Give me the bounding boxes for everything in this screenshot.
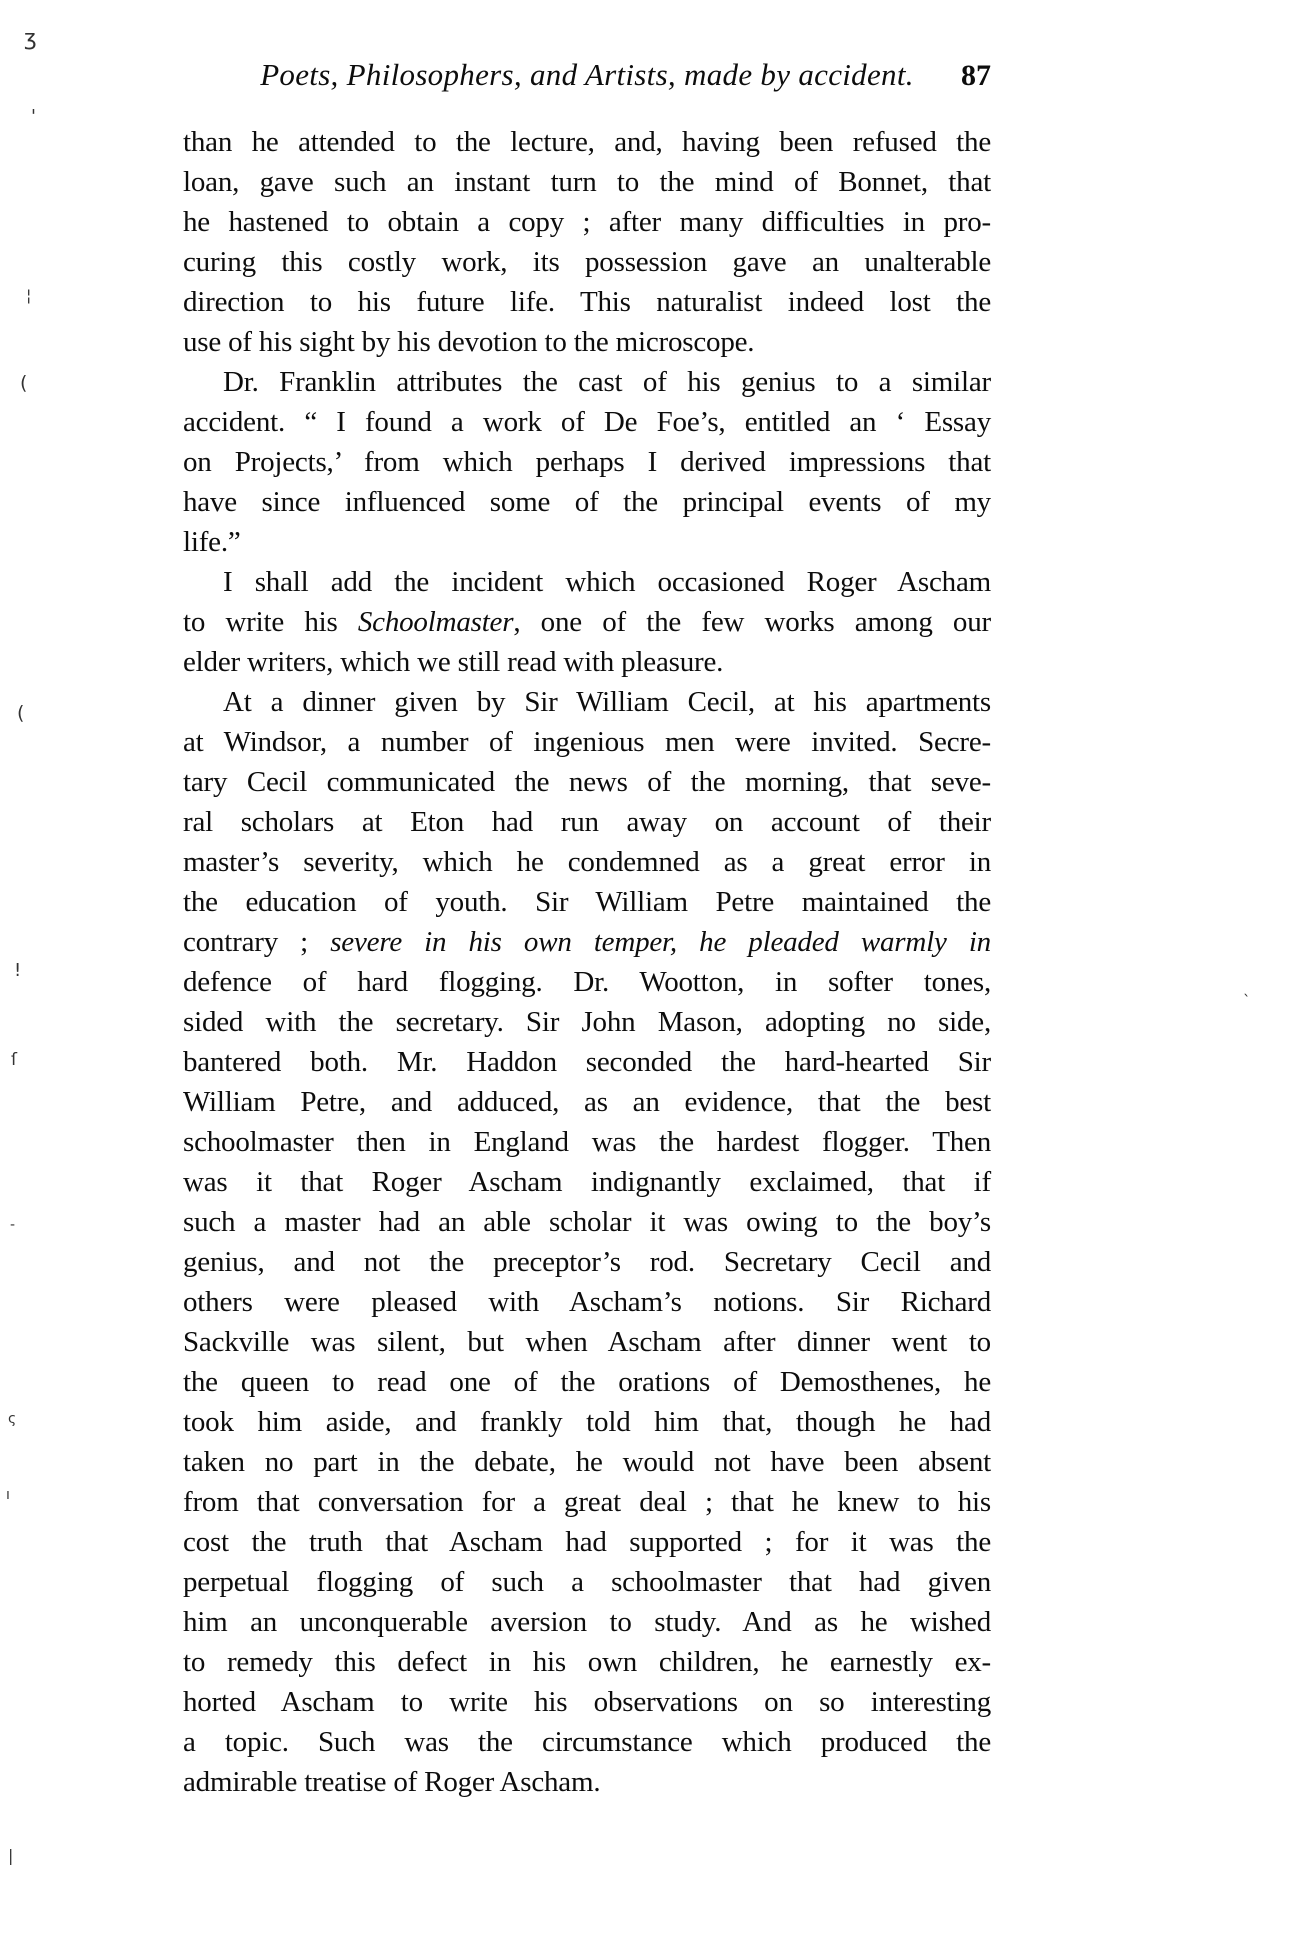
text-line: ral scholars at Eton had run away on acc…	[183, 802, 991, 842]
ink-mark: ¦	[26, 288, 31, 304]
text-line: Sackville was silent, but when Ascham af…	[183, 1322, 991, 1362]
ink-mark: ı	[6, 1488, 10, 1502]
text-line: William Petre, and adduced, as an eviden…	[183, 1082, 991, 1122]
text-run: contrary ;	[183, 926, 330, 958]
text-line: at Windsor, a number of ingenious men we…	[183, 722, 991, 762]
ink-mark: ſ	[11, 1052, 17, 1069]
text-line: direction to his future life. This natur…	[183, 282, 991, 322]
text-line: horted Ascham to write his observations …	[183, 1682, 991, 1722]
text-line: a topic. Such was the circumstance which…	[183, 1722, 991, 1762]
paragraph: At a dinner given by Sir William Cecil, …	[183, 682, 991, 1802]
ink-mark: -	[10, 1218, 15, 1232]
text-line: Dr. Franklin attributes the cast of his …	[183, 362, 991, 402]
ink-mark: (	[17, 704, 24, 723]
text-line: schoolmaster then in England was the har…	[183, 1122, 991, 1162]
text-line: contrary ; severe in his own temper, he …	[183, 922, 991, 962]
text-line: sided with the secretary. Sir John Mason…	[183, 1002, 991, 1042]
ink-mark: ς	[8, 1412, 16, 1426]
text-line: the education of youth. Sir William Petr…	[183, 882, 991, 922]
text-line: the queen to read one of the orations of…	[183, 1362, 991, 1402]
text-run: to write his	[183, 606, 358, 638]
text-line: him an unconquerable aversion to study. …	[183, 1602, 991, 1642]
text-line: loan, gave such an instant turn to the m…	[183, 162, 991, 202]
text-line: on Projects,’ from which perhaps I deriv…	[183, 442, 991, 482]
text-line: was it that Roger Ascham indignantly exc…	[183, 1162, 991, 1202]
text-line: from that conversation for a great deal …	[183, 1482, 991, 1522]
italic-run: Schoolmaster	[358, 606, 513, 638]
text-line: others were pleased with Ascham’s notion…	[183, 1282, 991, 1322]
text-line: At a dinner given by Sir William Cecil, …	[183, 682, 991, 722]
text-line: perpetual flogging of such a schoolmaste…	[183, 1562, 991, 1602]
text-line: bantered both. Mr. Haddon seconded the h…	[183, 1042, 991, 1082]
text-line: I shall add the incident which occasione…	[183, 562, 991, 602]
italic-run: severe in his own temper, he pleaded war…	[330, 926, 991, 958]
book-page-scan: Poets, Philosophers, and Artists, made b…	[0, 0, 1303, 1941]
text-line: defence of hard flogging. Dr. Wootton, i…	[183, 962, 991, 1002]
ink-mark: |	[8, 1848, 13, 1864]
text-line: accident. “ I found a work of De Foe’s, …	[183, 402, 991, 442]
page-header: Poets, Philosophers, and Artists, made b…	[183, 55, 991, 97]
ink-mark: (	[20, 374, 27, 393]
text-line: curing this costly work, its possession …	[183, 242, 991, 282]
text-line: cost the truth that Ascham had supported…	[183, 1522, 991, 1562]
text-line: to write his Schoolmaster, one of the fe…	[183, 602, 991, 642]
ink-mark: !	[14, 962, 21, 980]
page-number: 87	[961, 56, 991, 96]
text-line: master’s severity, which he condemned as…	[183, 842, 991, 882]
text-line: elder writers, which we still read with …	[183, 642, 991, 682]
text-line: he hastened to obtain a copy ; after man…	[183, 202, 991, 242]
text-line: admirable treatise of Roger Ascham.	[183, 1762, 991, 1802]
text-line: to remedy this defect in his own childre…	[183, 1642, 991, 1682]
page-body: than he attended to the lecture, and, ha…	[183, 122, 991, 1802]
text-line: than he attended to the lecture, and, ha…	[183, 122, 991, 162]
text-line: such a master had an able scholar it was…	[183, 1202, 991, 1242]
paragraph: Dr. Franklin attributes the cast of his …	[183, 362, 991, 562]
text-line: use of his sight by his devotion to the …	[183, 322, 991, 362]
paragraph: I shall add the incident which occasione…	[183, 562, 991, 682]
text-line: life.”	[183, 522, 991, 562]
text-line: took him aside, and frankly told him tha…	[183, 1402, 991, 1442]
text-line: have since influenced some of the princi…	[183, 482, 991, 522]
text-run: , one of the few works among our	[513, 606, 991, 638]
text-line: tary Cecil communicated the news of the …	[183, 762, 991, 802]
paragraph: than he attended to the lecture, and, ha…	[183, 122, 991, 362]
ink-mark: ˋ	[1243, 994, 1251, 1009]
running-head: Poets, Philosophers, and Artists, made b…	[183, 55, 991, 95]
text-line: taken no part in the debate, he would no…	[183, 1442, 991, 1482]
ink-mark: '	[31, 108, 36, 126]
ink-mark: ʒ	[24, 28, 37, 50]
text-line: genius, and not the preceptor’s rod. Sec…	[183, 1242, 991, 1282]
